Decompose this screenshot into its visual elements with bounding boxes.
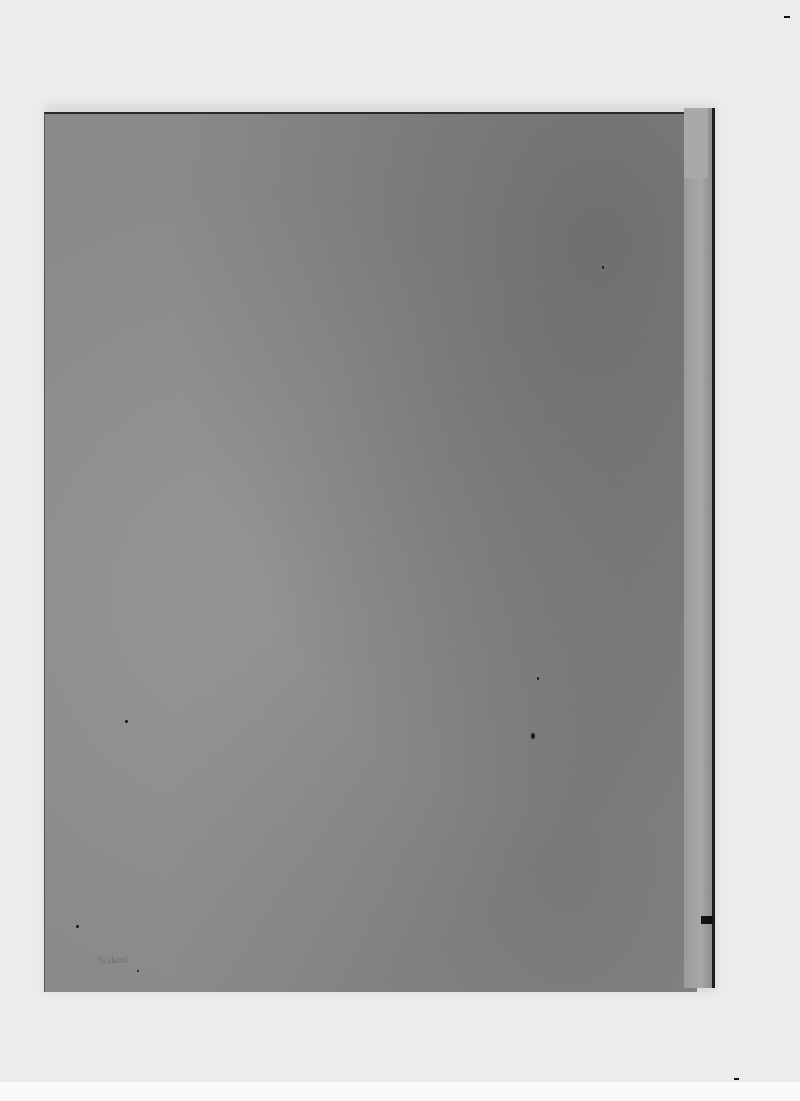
speck [531,733,535,739]
speck [76,925,79,928]
book-cover [44,112,697,992]
pencil-mark: Nakmi [98,955,129,967]
spine-top-patch [684,108,708,178]
speck [537,677,539,680]
speck [137,970,139,972]
speck [602,266,604,269]
book-spine [684,108,715,988]
dust-mark [734,1078,739,1080]
spine-tab [701,916,713,924]
dust-mark [784,16,790,18]
bottom-band [0,1082,800,1101]
speck [125,720,128,723]
